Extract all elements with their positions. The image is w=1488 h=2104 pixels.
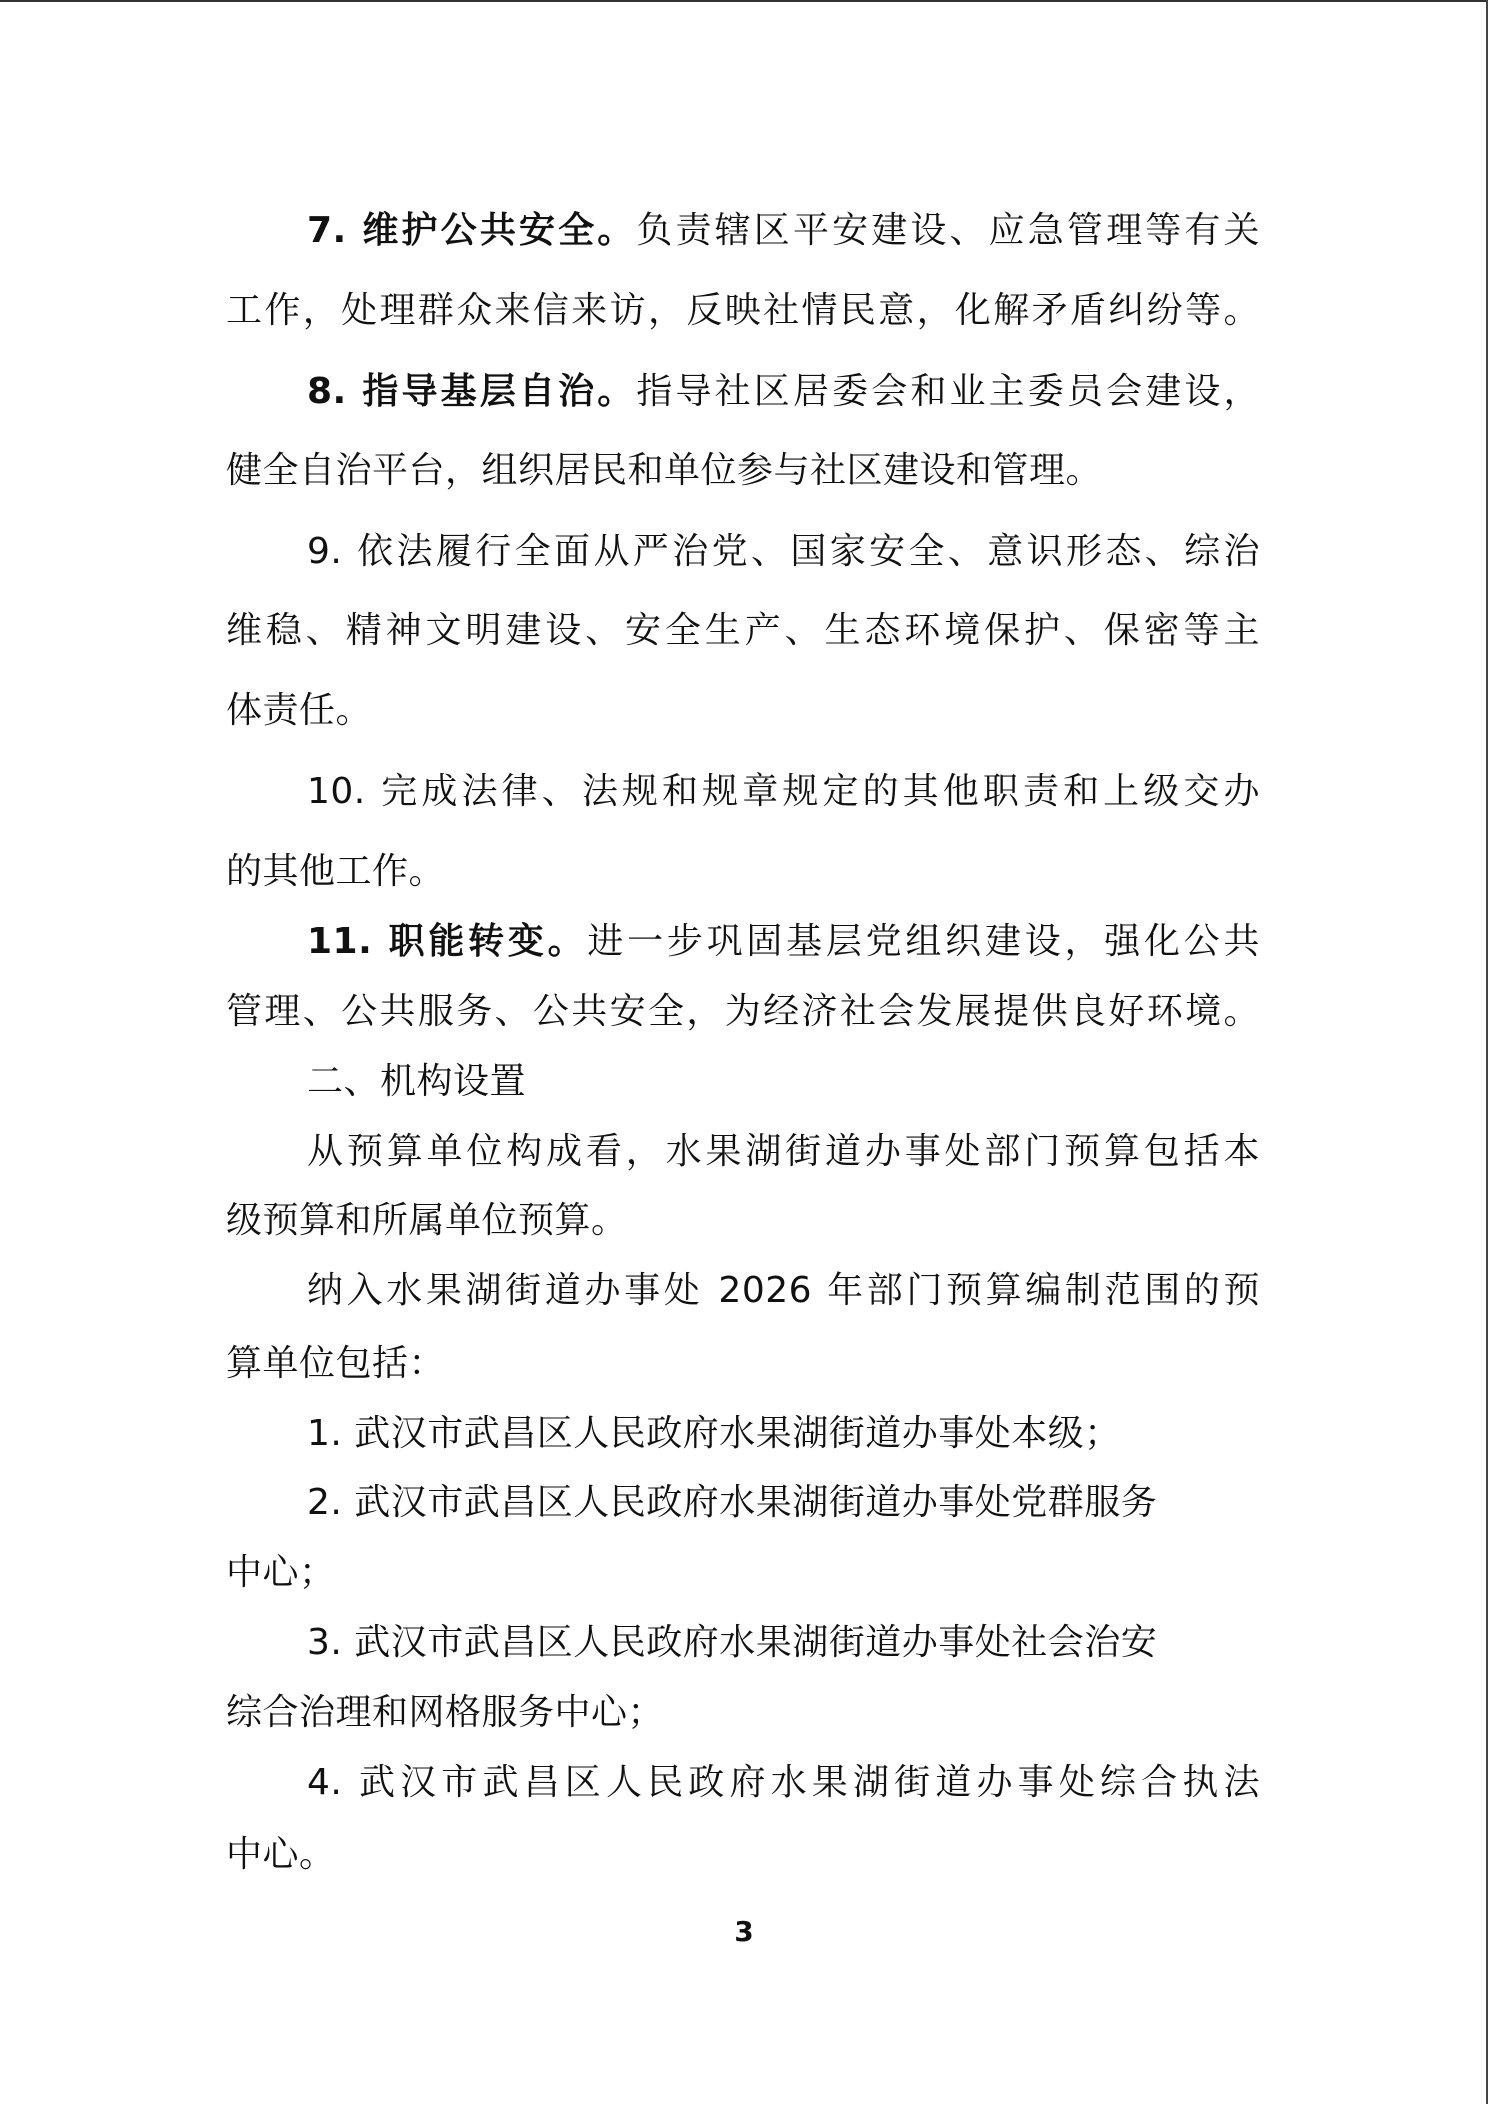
paragraph-11-title: 11. 职能转变。 xyxy=(307,921,587,962)
budget-structure-line-2: 级预算和所属单位预算。 xyxy=(226,1197,1260,1245)
budget-scope-line-2: 算单位包括： xyxy=(226,1340,1260,1388)
budget-structure-line-1: 从预算单位构成看，水果湖街道办事处部门预算包括本 xyxy=(307,1128,1260,1176)
paragraph-9-line-2: 维稳、精神文明建设、安全生产、生态环境保护、保密等主 xyxy=(226,607,1260,655)
budget-unit-2-line-1: 2. 武汉市武昌区人民政府水果湖街道办事处党群服务 xyxy=(307,1479,1260,1527)
top-border xyxy=(0,0,1488,2)
paragraph-8-title: 8. 指导基层自治。 xyxy=(307,371,636,412)
paragraph-11-line-2: 管理、公共服务、公共安全，为经济社会发展提供良好环境。 xyxy=(226,988,1260,1036)
paragraph-7-title: 7. 维护公共安全。 xyxy=(307,210,636,251)
paragraph-7-line-1: 7. 维护公共安全。负责辖区平安建设、应急管理等有关 xyxy=(307,207,1260,255)
budget-unit-4-line-2: 中心。 xyxy=(226,1831,1260,1879)
paragraph-11-line-1: 11. 职能转变。进一步巩固基层党组织建设，强化公共 xyxy=(307,918,1260,966)
budget-unit-3-line-1: 3. 武汉市武昌区人民政府水果湖街道办事处社会治安 xyxy=(307,1619,1260,1667)
budget-scope-line-1: 纳入水果湖街道办事处 2026 年部门预算编制范围的预 xyxy=(307,1267,1260,1315)
budget-unit-2-line-2: 中心； xyxy=(226,1549,1260,1597)
paragraph-7-line-2: 工作，处理群众来信来访，反映社情民意，化解矛盾纠纷等。 xyxy=(226,287,1260,335)
paragraph-9-line-3: 体责任。 xyxy=(226,687,1260,735)
page-number: 3 xyxy=(0,1912,1488,1952)
paragraph-10-line-2: 的其他工作。 xyxy=(226,848,1260,896)
budget-unit-4-line-1: 4. 武汉市武昌区人民政府水果湖街道办事处综合执法 xyxy=(307,1759,1260,1807)
paragraph-8-line-2: 健全自治平台，组织居民和单位参与社区建设和管理。 xyxy=(226,447,1260,495)
section-heading-organization: 二、机构设置 xyxy=(307,1058,1260,1106)
budget-unit-1: 1. 武汉市武昌区人民政府水果湖街道办事处本级； xyxy=(307,1410,1260,1458)
paragraph-8-line-1: 8. 指导基层自治。指导社区居委会和业主委员会建设， xyxy=(307,368,1260,416)
paragraph-10-line-1: 10. 完成法律、法规和规章规定的其他职责和上级交办 xyxy=(307,768,1260,816)
budget-unit-3-line-2: 综合治理和网格服务中心； xyxy=(226,1689,1260,1737)
paragraph-9-line-1: 9. 依法履行全面从严治党、国家安全、意识形态、综治 xyxy=(307,528,1260,576)
